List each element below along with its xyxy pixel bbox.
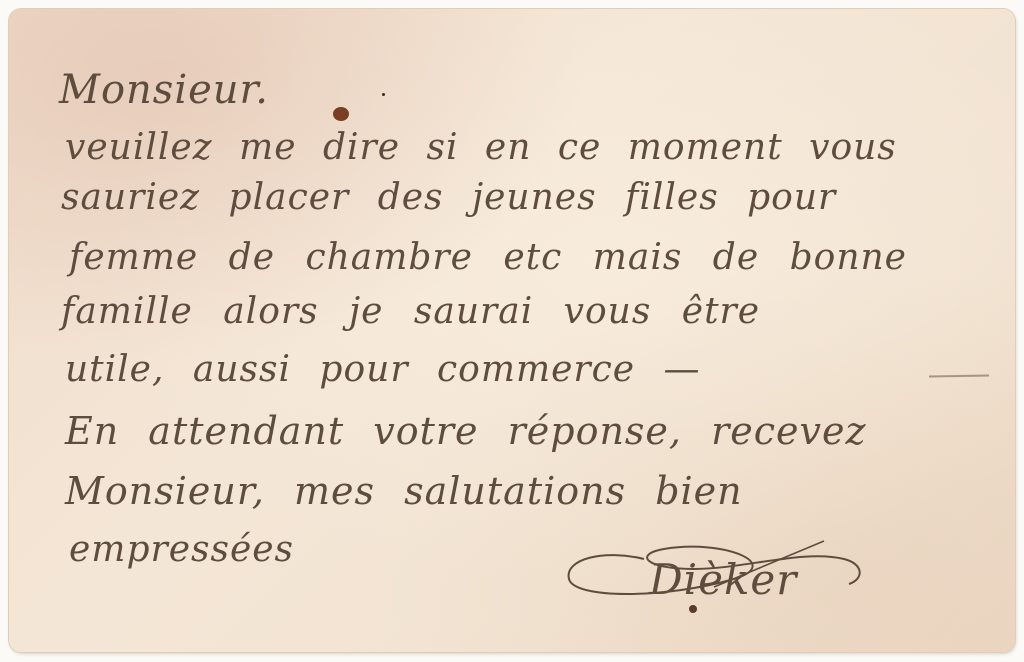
letter-line-4: famille alors je saurai vous être	[61, 291, 760, 332]
letter-signature: Dièker	[649, 555, 797, 604]
letter-line-1: veuillez me dire si en ce moment vous	[65, 127, 897, 168]
letter-closing: empressées	[69, 529, 294, 570]
letter-salutation: Monsieur.	[59, 67, 269, 113]
letter-line-7: Monsieur, mes salutations bien	[65, 469, 743, 513]
letter-line-2: sauriez placer des jeunes filles pour	[61, 177, 836, 218]
letter-line-3: femme de chambre etc mais de bonne	[69, 237, 907, 278]
line-dash	[929, 374, 989, 377]
letter-line-5: utile, aussi pour commerce —	[65, 349, 701, 390]
ink-stain	[333, 107, 349, 121]
ink-dot	[382, 93, 385, 96]
letter-line-6: En attendant votre réponse, recevez	[65, 409, 866, 453]
ink-dot	[689, 605, 697, 613]
letter-card: Monsieur. veuillez me dire si en ce mome…	[9, 9, 1015, 652]
